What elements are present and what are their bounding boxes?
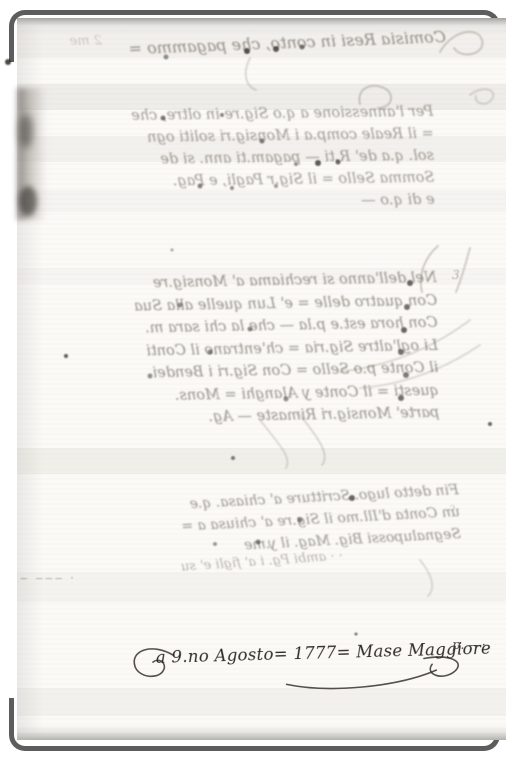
ink-smudge-blob xyxy=(19,186,37,216)
scanned-document-page: 2 me Comisia Resi in conto, che pagammo … xyxy=(0,0,519,760)
paragraph-b-mirrored: Nel dell'anno si rechiama a' Monsig.re C… xyxy=(109,267,440,431)
scan-band xyxy=(17,448,506,474)
scan-band xyxy=(17,572,506,602)
margin-mark-c: ɔ xyxy=(449,501,455,514)
paper-bottom-edge-shadow xyxy=(17,725,506,740)
corner-notation-mirrored: 2 me xyxy=(22,33,102,49)
corner-note-text: 2 me xyxy=(22,33,102,49)
paragraph-a-line: e di q.o — xyxy=(116,189,434,215)
margin-dash-row: ‒ ‒‒‒ · xyxy=(20,571,76,585)
ink-smudge-blob xyxy=(19,114,33,148)
post-mark: p. —· xyxy=(452,638,486,653)
paragraph-a-mirrored: Per l'annessione a q.o Sig.re in oltre, … xyxy=(115,101,435,215)
margin-mark-b: 3 xyxy=(452,268,460,282)
docket-date-line: a 9.no Agosto= 1777= Mase Maggiore xyxy=(127,627,471,697)
